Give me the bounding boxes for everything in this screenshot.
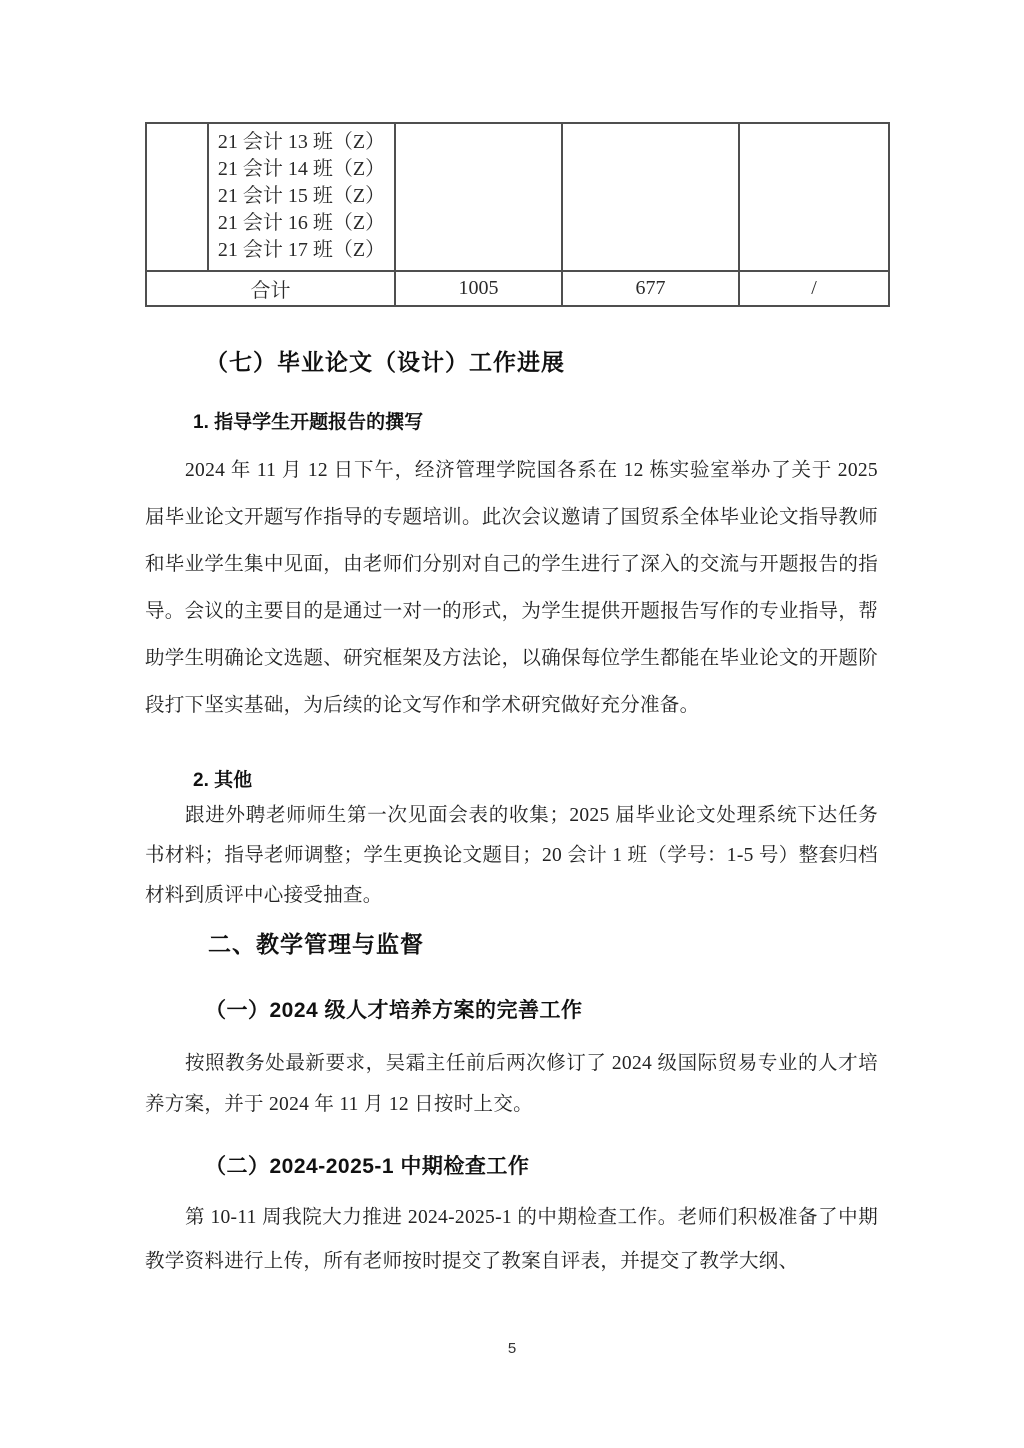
class-name: 21 会计 15 班（Z）	[209, 183, 394, 210]
section2-item1-paragraph: 按照教务处最新要求，吴霜主任前后两次修订了 2024 级国际贸易专业的人才培养方…	[145, 1043, 878, 1125]
document-page: 21 会计 13 班（Z） 21 会计 14 班（Z） 21 会计 15 班（Z…	[0, 0, 1024, 1448]
table-cell-total-value-1: 1005	[395, 271, 562, 306]
table-cell-class-list: 21 会计 13 班（Z） 21 会计 14 班（Z） 21 会计 15 班（Z…	[208, 123, 395, 271]
table-row-total: 合计 1005 677 /	[146, 271, 889, 306]
sub1-paragraph: 2024 年 11 月 12 日下午，经济管理学院国各系在 12 栋实验室举办了…	[145, 447, 878, 729]
class-name: 21 会计 14 班（Z）	[209, 156, 394, 183]
table-cell-total-value-2: 677	[562, 271, 739, 306]
class-name: 21 会计 13 班（Z）	[209, 129, 394, 156]
table-cell-empty	[395, 123, 562, 271]
table-cell-empty	[146, 123, 208, 271]
table-cell-empty	[739, 123, 889, 271]
sub1-heading: 1. 指导学生开题报告的撰写	[193, 407, 423, 434]
class-statistics-table: 21 会计 13 班（Z） 21 会计 14 班（Z） 21 会计 15 班（Z…	[145, 122, 890, 307]
section2-item1-heading: （一）2024 级人才培养方案的完善工作	[205, 994, 583, 1024]
table-row: 21 会计 13 班（Z） 21 会计 14 班（Z） 21 会计 15 班（Z…	[146, 123, 889, 271]
page-number: 5	[0, 1340, 1024, 1357]
section2-item2-paragraph: 第 10-11 周我院大力推进 2024-2025-1 的中期检查工作。老师们积…	[145, 1196, 878, 1284]
sub2-heading: 2. 其他	[193, 765, 252, 792]
section2-heading: 二、教学管理与监督	[208, 926, 424, 959]
class-name: 21 会计 17 班（Z）	[209, 237, 394, 264]
table-cell-total-value-3: /	[739, 271, 889, 306]
table-cell-empty	[562, 123, 739, 271]
sub2-paragraph: 跟进外聘老师师生第一次见面会表的收集；2025 届毕业论文处理系统下达任务书材料…	[145, 796, 878, 916]
section2-item2-heading: （二）2024-2025-1 中期检查工作	[205, 1150, 529, 1180]
class-name: 21 会计 16 班（Z）	[209, 210, 394, 237]
section7-heading: （七）毕业论文（设计）工作进展	[205, 344, 565, 377]
table-cell-total-label: 合计	[146, 271, 395, 306]
